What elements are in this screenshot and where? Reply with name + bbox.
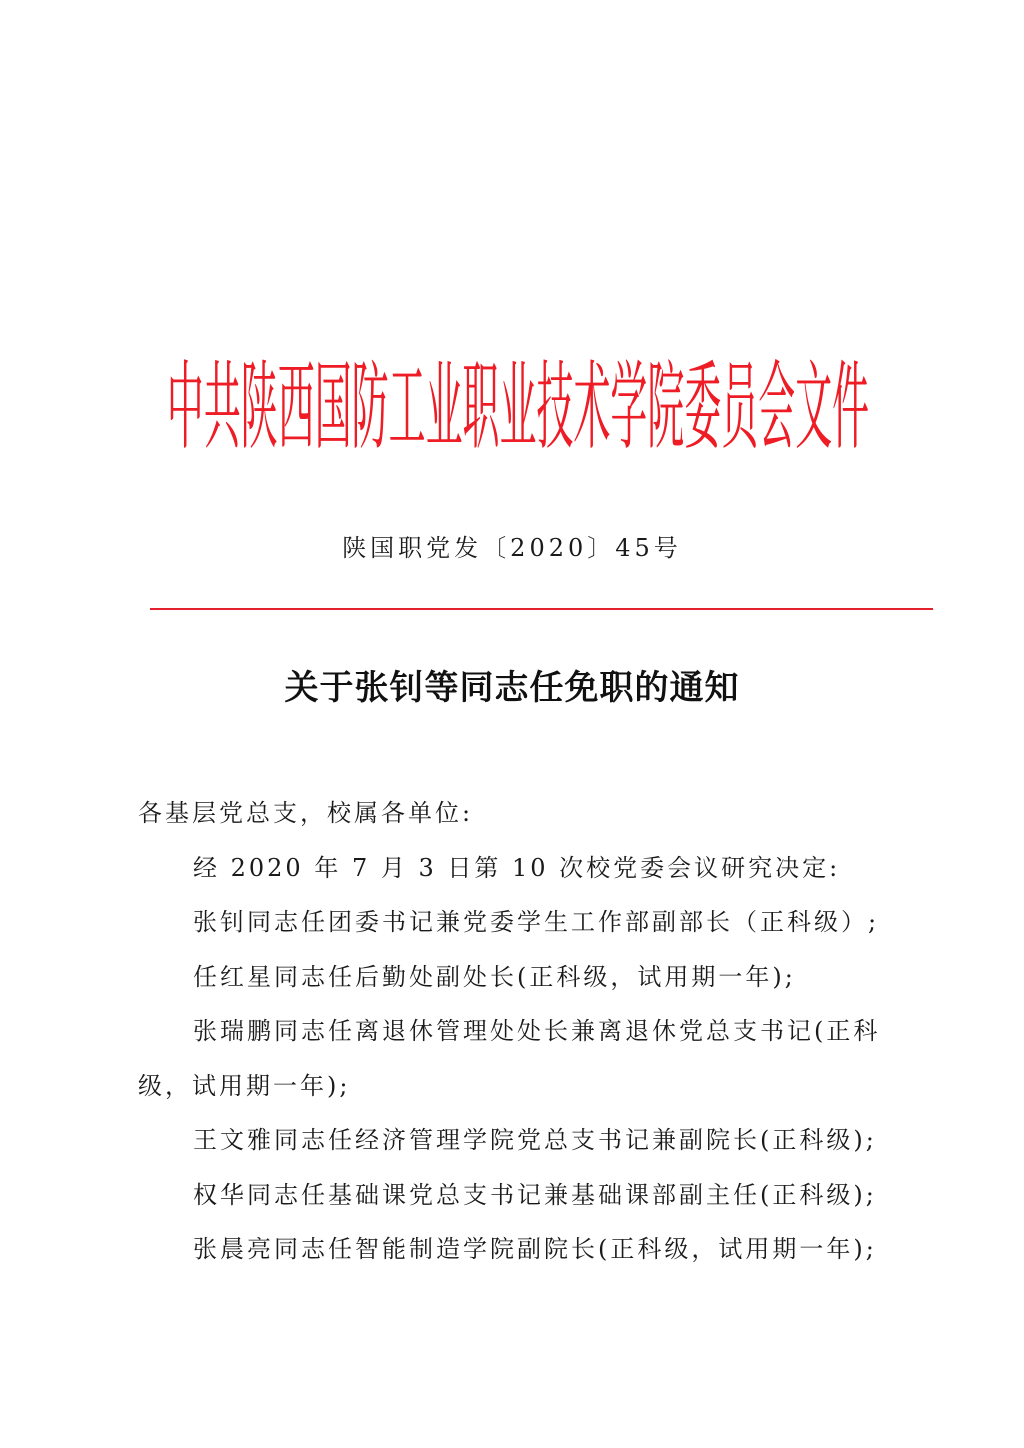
appointment-item: 张晨亮同志任智能制造学院副院长(正科级，试用期一年); bbox=[138, 1222, 898, 1277]
document-header: 中共陕西国防工业职业技术学院委员会文件 bbox=[148, 352, 888, 462]
document-page: 中共陕西国防工业职业技术学院委员会文件 陕国职党发〔2020〕45号 关于张钊等… bbox=[0, 0, 1024, 1448]
appointment-item-continuation: 级，试用期一年); bbox=[138, 1059, 898, 1114]
body-paragraph: 经 2020 年 7 月 3 日第 10 次校党委会议研究决定: bbox=[138, 841, 898, 896]
appointment-item: 王文雅同志任经济管理学院党总支书记兼副院长(正科级); bbox=[138, 1113, 898, 1168]
document-title: 关于张钊等同志任免职的通知 bbox=[0, 666, 1024, 710]
issuing-authority-header: 中共陕西国防工业职业技术学院委员会文件 bbox=[167, 357, 869, 457]
document-number: 陕国职党发〔2020〕45号 bbox=[0, 530, 1024, 566]
appointment-item: 权华同志任基础课党总支书记兼基础课部副主任(正科级); bbox=[138, 1168, 898, 1223]
appointment-item: 张瑞鹏同志任离退休管理处处长兼离退休党总支书记(正科 bbox=[138, 1004, 898, 1059]
appointment-item: 任红星同志任后勤处副处长(正科级，试用期一年); bbox=[138, 950, 898, 1005]
appointment-item: 张钊同志任团委书记兼党委学生工作部副部长（正科级）; bbox=[138, 895, 898, 950]
document-body: 各基层党总支，校属各单位: 经 2020 年 7 月 3 日第 10 次校党委会… bbox=[138, 786, 898, 1277]
salutation: 各基层党总支，校属各单位: bbox=[138, 786, 898, 841]
red-divider-line bbox=[150, 608, 933, 610]
